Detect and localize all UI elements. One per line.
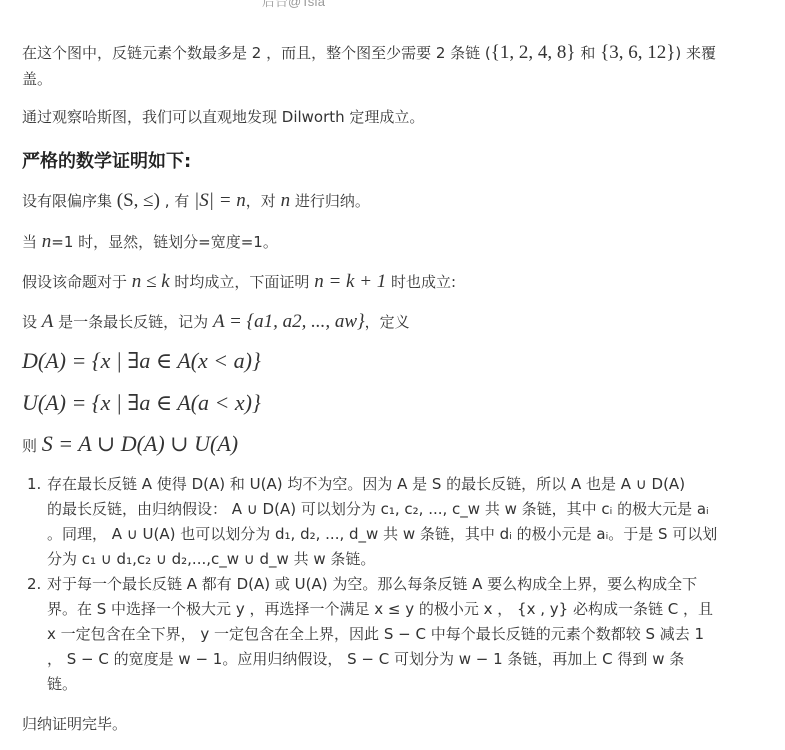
intro-text: 在这个图中，反链元素个数最多是 2 ，而且，整个图至少需要 2 条链 (	[22, 44, 491, 62]
proof-heading: 严格的数学证明如下:	[22, 147, 191, 173]
text: 是一条最长反链，记为	[53, 313, 213, 331]
observation-paragraph: 通过观察哈斯图，我们可以直观地发现 Dilworth 定理成立。	[22, 104, 424, 130]
case-1-line: 的最长反链，由归纳假设： A ∪ D(A) 可以划分为 c₁, c₂, ...,…	[47, 497, 772, 522]
math-D-definition: D(A) = {x | ∃a ∈ A(x < a)}	[22, 348, 261, 374]
text: 时均成立，下面证明	[170, 273, 315, 291]
proof-line-poset: 设有限偏序集 (S, ≤) , 有 |S| = n，对 n 进行归纳。	[22, 188, 370, 214]
intro-text: ) 来覆	[675, 44, 716, 62]
math-poset: (S, ≤)	[117, 190, 160, 211]
text: , 有	[160, 192, 194, 210]
text: 假设该命题对于	[22, 273, 132, 291]
proof-line-union: 则 S = A ∪ D(A) ∪ U(A)	[22, 431, 238, 459]
case-list: 1. 存在最长反链 A 使得 D(A) 和 U(A) 均不为空。因为 A 是 S…	[27, 472, 772, 697]
math-U-definition: U(A) = {x | ∃a ∈ A(a < x)}	[22, 390, 261, 416]
case-2-line: ， S − C 的宽度是 w − 1。应用归纳假设， S − C 可划分为 w …	[47, 647, 772, 672]
intro-paragraph: 在这个图中，反链元素个数最多是 2 ，而且，整个图至少需要 2 条链 ({1, …	[22, 40, 767, 92]
math-S-union: S = A ∪ D(A) ∪ U(A)	[42, 431, 238, 456]
math-cardinality: |S| = n	[194, 190, 246, 211]
case-2-line: 界。在 S 中选择一个极大元 y ，再选择一个满足 x ≤ y 的极小元 x ，…	[47, 597, 772, 622]
math-n: n	[281, 190, 291, 211]
proof-line-hypothesis: 假设该命题对于 n ≤ k 时均成立，下面证明 n = k + 1 时也成立:	[22, 269, 456, 295]
case-1-line: 分为 c₁ ∪ d₁,c₂ ∪ d₂,...,c_w ∪ d_w 共 w 条链。	[47, 547, 772, 572]
case-item-2: 2. 对于每一个最长反链 A 都有 D(A) 或 U(A) 为空。那么每条反链 …	[27, 572, 772, 697]
proof-line-antichain: 设 A 是一条最长反链，记为 A = {a1, a2, ..., aw}，定义	[22, 309, 410, 335]
image-caption: 后台@Tsfa	[262, 0, 325, 10]
text: 进行归纳。	[290, 192, 370, 210]
case-2-line: x 一定包含在全下界， y 一定包含在全上界，因此 S − C 中每个最长反链的…	[47, 622, 772, 647]
text: =1 时，显然，链划分=宽度=1。	[51, 233, 278, 251]
text: 则	[22, 437, 42, 455]
proof-line-base-case: 当 n=1 时，显然，链划分=宽度=1。	[22, 229, 278, 255]
list-number: 1.	[27, 472, 41, 497]
conclusion: 归纳证明完毕。	[22, 711, 127, 737]
math-n-eq-k1: n = k + 1	[314, 271, 386, 292]
case-item-1: 1. 存在最长反链 A 使得 D(A) 和 U(A) 均不为空。因为 A 是 S…	[27, 472, 772, 572]
intro-text: 盖。	[22, 70, 52, 88]
math-set-2: {3, 6, 12}	[600, 42, 675, 63]
text: 设有限偏序集	[22, 192, 117, 210]
text: ，定义	[365, 313, 410, 331]
math-A-def: A = {a1, a2, ..., aw}	[213, 311, 365, 332]
text: ，对	[246, 192, 281, 210]
list-number: 2.	[27, 572, 41, 597]
text: 时也成立:	[386, 273, 456, 291]
math-n: n	[42, 231, 52, 252]
math-A: A	[42, 311, 54, 332]
math-set-1: {1, 2, 4, 8}	[491, 42, 576, 63]
text: 当	[22, 233, 42, 251]
math-n-le-k: n ≤ k	[132, 271, 170, 292]
case-1-line: 存在最长反链 A 使得 D(A) 和 U(A) 均不为空。因为 A 是 S 的最…	[47, 472, 772, 497]
text: 设	[22, 313, 42, 331]
case-2-line: 链。	[47, 672, 772, 697]
intro-text: 和	[576, 44, 601, 62]
case-1-line: 。同理， A ∪ U(A) 也可以划分为 d₁, d₂, ..., d_w 共 …	[47, 522, 772, 547]
case-2-line: 对于每一个最长反链 A 都有 D(A) 或 U(A) 为空。那么每条反链 A 要…	[47, 572, 772, 597]
